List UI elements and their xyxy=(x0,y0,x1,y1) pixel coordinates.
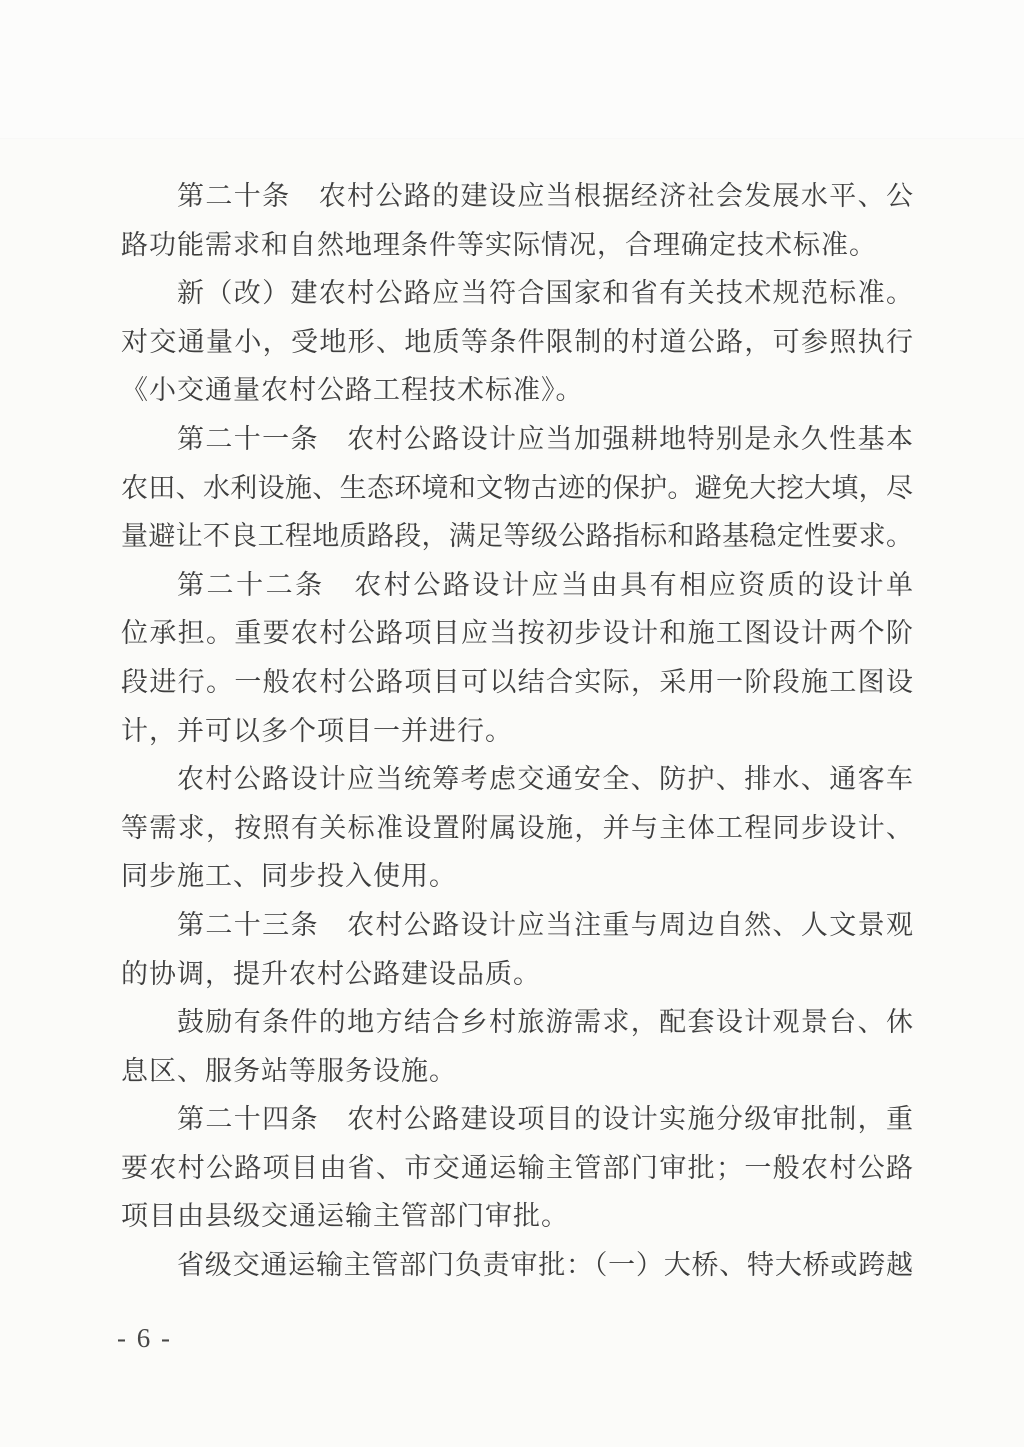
paragraph-article-24-continuation: 省级交通运输主管部门负责审批：（一）大桥、特大桥或跨越 xyxy=(121,1241,913,1290)
text-line: 对交通量小，受地形、地质等条件限制的村道公路，可参照执行 xyxy=(121,318,913,367)
paragraph-article-23-continuation: 鼓励有条件的地方结合乡村旅游需求，配套设计观景台、休 息区、服务站等服务设施。 xyxy=(121,998,913,1095)
text-line: 等需求，按照有关标准设置附属设施，并与主体工程同步设计、 xyxy=(121,804,913,853)
document-page: 第二十条 农村公路的建设应当根据经济社会发展水平、公 路功能需求和自然地理条件等… xyxy=(0,0,1024,1447)
text-line: 路功能需求和自然地理条件等实际情况，合理确定技术标准。 xyxy=(121,221,913,270)
text-line: 项目由县级交通运输主管部门审批。 xyxy=(121,1192,913,1241)
text-line: 第二十一条 农村公路设计应当加强耕地特别是永久性基本 xyxy=(121,415,913,464)
text-line: 省级交通运输主管部门负责审批：（一）大桥、特大桥或跨越 xyxy=(121,1241,913,1290)
text-line: 第二十条 农村公路的建设应当根据经济社会发展水平、公 xyxy=(121,172,913,221)
paragraph-article-21: 第二十一条 农村公路设计应当加强耕地特别是永久性基本 农田、水利设施、生态环境和… xyxy=(121,415,913,561)
paragraph-article-20-continuation: 新（改）建农村公路应当符合国家和省有关技术规范标准。 对交通量小，受地形、地质等… xyxy=(121,269,913,415)
page-number: - 6 - xyxy=(117,1318,172,1358)
text-line: 的协调，提升农村公路建设品质。 xyxy=(121,950,913,999)
text-line: 第二十三条 农村公路设计应当注重与周边自然、人文景观 xyxy=(121,901,913,950)
paragraph-article-20: 第二十条 农村公路的建设应当根据经济社会发展水平、公 路功能需求和自然地理条件等… xyxy=(121,172,913,269)
text-line: 鼓励有条件的地方结合乡村旅游需求，配套设计观景台、休 xyxy=(121,998,913,1047)
paragraph-article-22-continuation: 农村公路设计应当统筹考虑交通安全、防护、排水、通客车 等需求，按照有关标准设置附… xyxy=(121,755,913,901)
scan-shading xyxy=(0,0,1024,139)
paragraph-article-22: 第二十二条 农村公路设计应当由具有相应资质的设计单 位承担。重要农村公路项目应当… xyxy=(121,561,913,755)
text-line: 第二十四条 农村公路建设项目的设计实施分级审批制，重 xyxy=(121,1095,913,1144)
paragraph-article-23: 第二十三条 农村公路设计应当注重与周边自然、人文景观 的协调，提升农村公路建设品… xyxy=(121,901,913,998)
text-line: 要农村公路项目由省、市交通运输主管部门审批；一般农村公路 xyxy=(121,1144,913,1193)
text-line: 位承担。重要农村公路项目应当按初步设计和施工图设计两个阶 xyxy=(121,609,913,658)
text-line: 新（改）建农村公路应当符合国家和省有关技术规范标准。 xyxy=(121,269,913,318)
text-line: 计，并可以多个项目一并进行。 xyxy=(121,707,913,756)
text-line: 《小交通量农村公路工程技术标准》。 xyxy=(121,366,913,415)
document-body: 第二十条 农村公路的建设应当根据经济社会发展水平、公 路功能需求和自然地理条件等… xyxy=(121,172,913,1290)
text-line: 第二十二条 农村公路设计应当由具有相应资质的设计单 xyxy=(121,561,913,610)
text-line: 农田、水利设施、生态环境和文物古迹的保护。避免大挖大填，尽 xyxy=(121,464,913,513)
text-line: 息区、服务站等服务设施。 xyxy=(121,1047,913,1096)
paragraph-article-24: 第二十四条 农村公路建设项目的设计实施分级审批制，重 要农村公路项目由省、市交通… xyxy=(121,1095,913,1241)
text-line: 同步施工、同步投入使用。 xyxy=(121,852,913,901)
text-line: 农村公路设计应当统筹考虑交通安全、防护、排水、通客车 xyxy=(121,755,913,804)
text-line: 量避让不良工程地质路段，满足等级公路指标和路基稳定性要求。 xyxy=(121,512,913,561)
text-line: 段进行。一般农村公路项目可以结合实际，采用一阶段施工图设 xyxy=(121,658,913,707)
